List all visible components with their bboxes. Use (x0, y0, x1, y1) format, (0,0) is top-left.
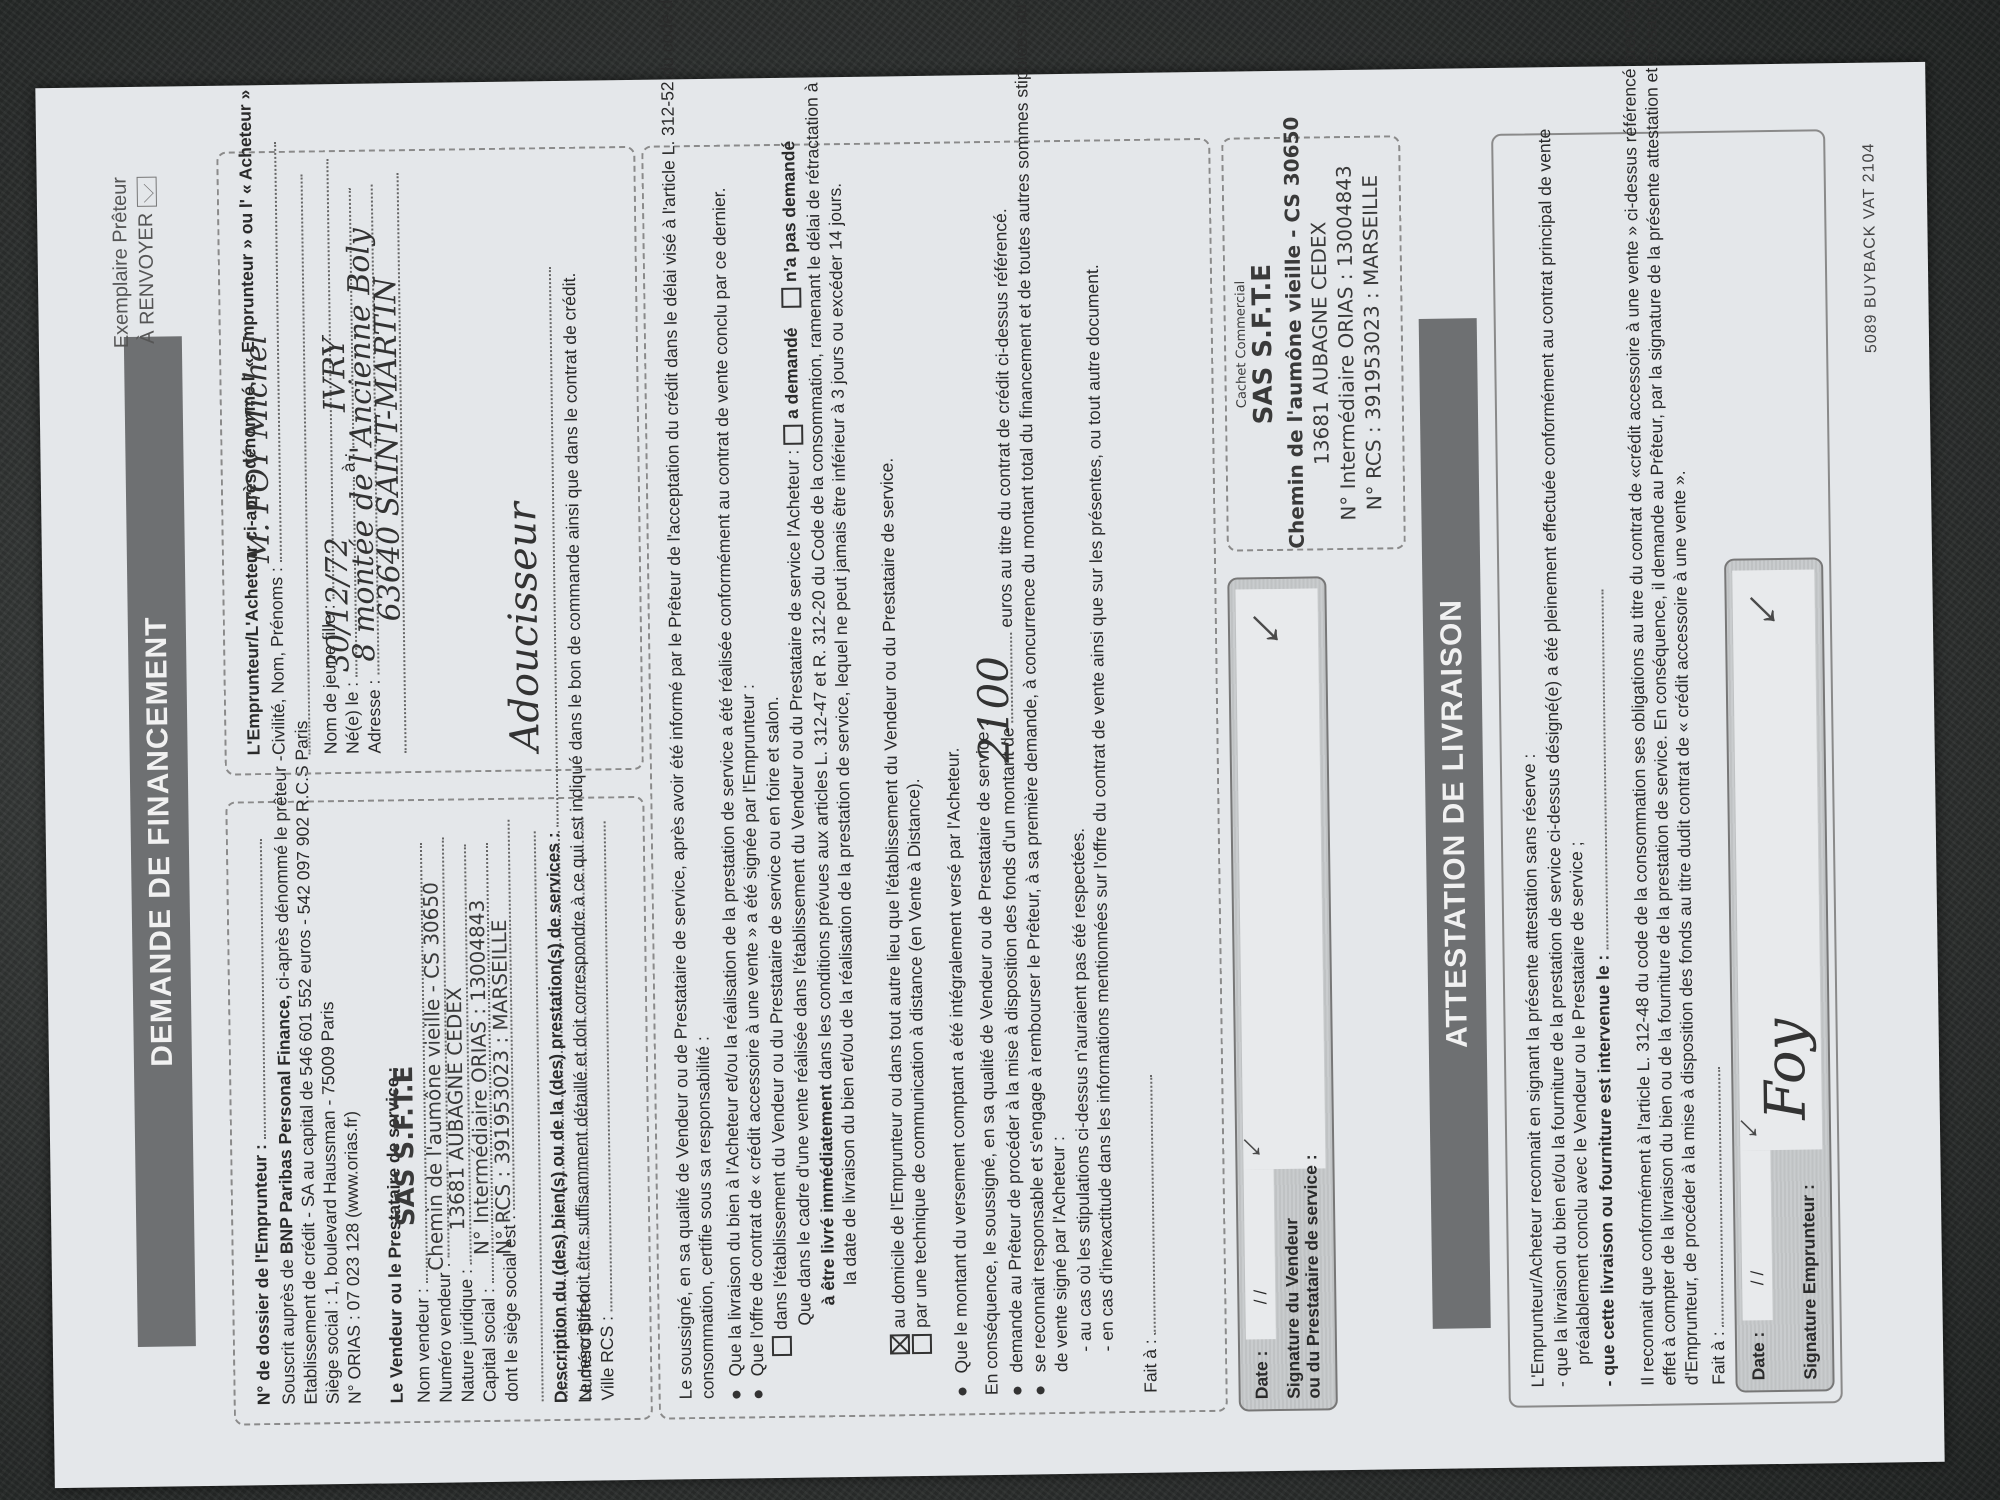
checkbox-salon[interactable] (772, 1336, 792, 1356)
bullet-icon (959, 1387, 967, 1395)
birth-date-label: Né(e) le : (342, 682, 363, 754)
cert-intro-2: consommation, certifie sous sa responsab… (692, 1036, 719, 1399)
vendor-rcs-stamp: N° RCS : 391953023 : MARSEILLE (487, 919, 516, 1255)
vendor-signature-box[interactable]: Date : / / Signature du Vendeur ou du Pr… (1227, 576, 1338, 1411)
blank-line[interactable] (518, 831, 544, 1401)
stamp-orias: N° Intermédiaire ORIAS : 13004843 (1331, 138, 1361, 548)
delivery-title: ATTESTATION DE LIVRAISON (1419, 318, 1491, 1329)
form-header: DEMANDE DE FINANCEMENT Exemplaire Prêteu… (96, 146, 224, 1427)
lender-address: Siège social : 1, boulevard Haussman - 7… (316, 1001, 344, 1404)
legal-form-label: Nature juridique : (456, 1269, 478, 1403)
stamp-company: SAS S.F.T.E (1245, 139, 1281, 549)
stamp-city: 13681 AUBAGNE CEDEX (1305, 138, 1335, 548)
rcs-city-label: Ville RCS : (597, 1316, 618, 1401)
vendor-city-stamp: 13681 AUBAGNE CEDEX (442, 987, 469, 1230)
borrower-date-field[interactable]: / / (1746, 1271, 1768, 1286)
checkbox-distance[interactable] (912, 1334, 932, 1354)
blank-line[interactable] (285, 175, 311, 755)
checkbox-asked[interactable] (783, 425, 803, 445)
envelope-icon (136, 177, 156, 207)
copy-line-2: À RENVOYER (135, 213, 159, 344)
not-asked-label: n'a pas demandé (778, 141, 800, 283)
checkbox-not-asked[interactable] (782, 288, 802, 308)
borrower-signature-box[interactable]: Date : / / Signature Emprunteur : ↓ ↓ Fo… (1724, 557, 1835, 1392)
amount-handwritten: 2100 (968, 656, 1018, 764)
stamp-rcs: N° RCS : 391953023 : MARSEILLE (1357, 137, 1387, 547)
bullet-icon (1037, 1386, 1045, 1394)
vendor-place-label: Fait à : (1140, 1339, 1161, 1393)
vendor-name-stamp: SAS S.F.T.E (389, 1066, 421, 1227)
checkbox-home[interactable] (890, 1334, 910, 1354)
borrower-place-field[interactable] (1702, 1066, 1724, 1326)
vendor-number-label: Numéro vendeur : (434, 1262, 456, 1402)
civility-label: Civilité, Nom, Prénoms : (266, 567, 289, 755)
delivery-date-label: - que cette livraison ou fourniture est … (1593, 955, 1619, 1387)
dossier-number-field[interactable] (244, 839, 266, 1139)
dossier-label: N° de dossier de l'Emprunteur : (250, 1144, 274, 1405)
form-title: DEMANDE DE FINANCEMENT (124, 336, 196, 1347)
bullet-icon (733, 1391, 741, 1399)
certification-box: Le soussigné, en sa qualité de Vendeur o… (641, 138, 1228, 1420)
commercial-stamp-box: Cachet Commercial SAS S.F.T.E Chemin de … (1221, 135, 1406, 551)
delivery-date-field[interactable] (1585, 590, 1608, 950)
vendor-date-field[interactable]: / / (1249, 1290, 1271, 1305)
address-handwritten-2: 63640 SAINT-MARTIN (368, 277, 408, 622)
vendor-signature-label-2: ou du Prestataire de service : (1299, 1154, 1324, 1398)
immediate-delivery-label: à être livré immédiatement (815, 1084, 838, 1305)
address-label: Adresse : (364, 680, 385, 754)
copy-label: Exemplaire Prêteur À RENVOYER (107, 177, 161, 349)
vendor-name-label: Nom vendeur : (412, 1288, 434, 1403)
copy-line-1: Exemplaire Prêteur (107, 177, 135, 349)
borrower-signature: Foy (1752, 1018, 1818, 1120)
description-handwritten: Adoucisseur (499, 502, 548, 752)
lender-orias: N° ORIAS : 07 023 128 (www.orias.fr) (340, 1111, 366, 1404)
form-code: 5089 BUYBACK VAT 2104 (1860, 143, 1881, 354)
bullet-icon (1014, 1387, 1022, 1395)
cert-intro-1: Le soussigné, en sa qualité de Vendeur o… (655, 0, 697, 1399)
civility-handwritten: M. FOY Michel (239, 335, 277, 564)
financing-request-form: DEMANDE DE FINANCEMENT Exemplaire Prêteu… (35, 62, 1944, 1488)
borrower-date-label: Date : (1747, 1332, 1770, 1381)
bullet-icon (755, 1390, 763, 1398)
cert-payment: Que le montant du versement comptant a é… (943, 747, 972, 1373)
cert-liability-2: de vente signé par l'Acheteur : (1047, 1136, 1072, 1372)
borrower-signature-label: Signature Emprunteur : (1797, 1184, 1822, 1380)
asked-label: a demandé (781, 327, 802, 419)
vendor-place-field[interactable] (1134, 1074, 1156, 1334)
delivery-box: L'Emprunteur/Acheteur reconnait en signa… (1491, 129, 1843, 1408)
stamp-address: Chemin de l'aumône vieille - CS 30650 (1279, 139, 1309, 549)
borrower-place-label: Fait à : (1708, 1331, 1729, 1385)
capital-label: Capital social : (478, 1288, 500, 1402)
vendor-date-label: Date : (1250, 1350, 1273, 1399)
